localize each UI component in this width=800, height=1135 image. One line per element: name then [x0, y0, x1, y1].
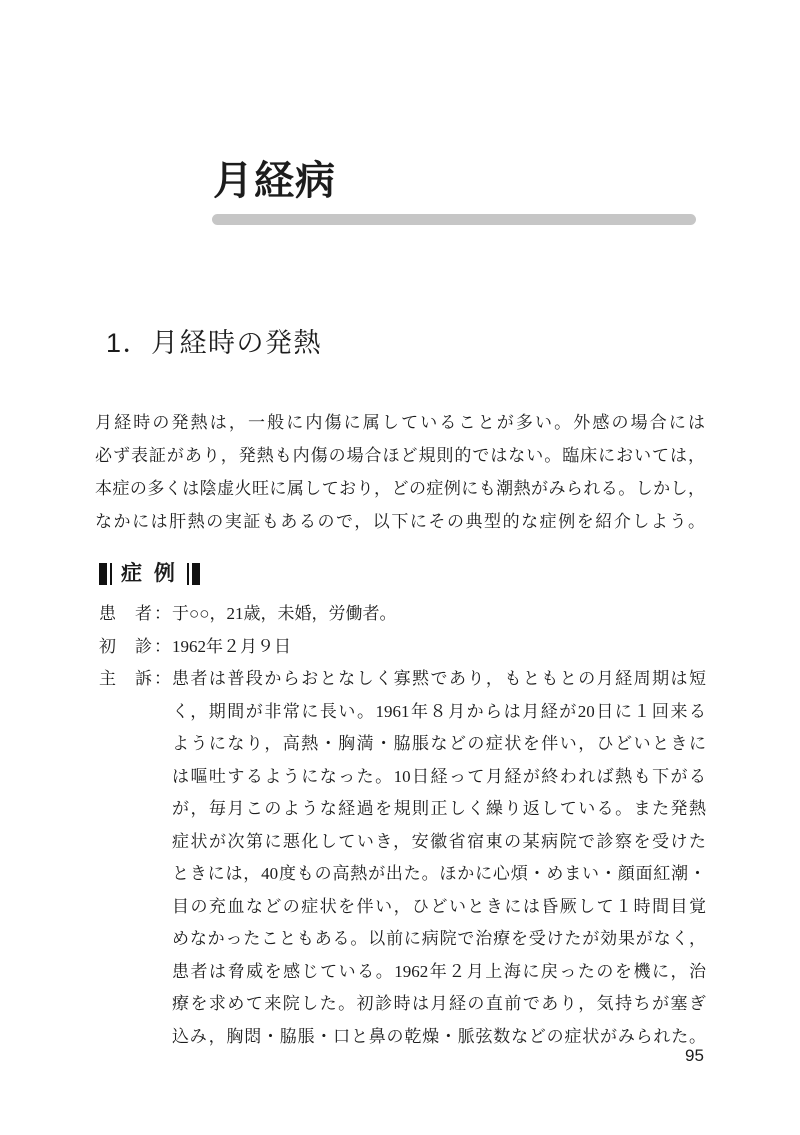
case-header-bar-right-thin	[187, 563, 189, 585]
text-line: 1962年２月９日	[172, 631, 706, 664]
case-field-patient: 患 者 ： 于○○，21歳，未婚，労働者。	[99, 598, 706, 631]
field-content: 于○○，21歳，未婚，労働者。	[172, 598, 706, 631]
field-content: 1962年２月９日	[172, 631, 706, 664]
text-line: めなかったこともある。以前に病院で治療を受けたが効果がなく，	[172, 923, 706, 956]
field-label: 患 者 ：	[99, 598, 172, 631]
book-page: 月経病 1．月経時の発熱 月経時の発熱は，一般に内傷に属していることが多い。外感…	[0, 0, 800, 1135]
text-line: 患者は脅威を感じている。1962年２月上海に戻ったのを機に，治	[172, 956, 706, 989]
text-line: 必ず表証があり，発熱も内傷の場合ほど規則的ではない。臨床においては，	[95, 439, 705, 472]
case-field-first-visit: 初 診 ： 1962年２月９日	[99, 631, 706, 664]
text-line: 本症の多くは陰虚火旺に属しており，どの症例にも潮熱がみられる。しかし，	[95, 472, 705, 505]
field-label: 初 診 ：	[99, 631, 172, 664]
text-line: は嘔吐するようになった。10日経って月経が終われば熱も下がる	[172, 761, 706, 794]
text-line: 患者は普段からおとなしく寡黙であり，もともとの月経周期は短	[172, 663, 706, 696]
field-content: 患者は普段からおとなしく寡黙であり，もともとの月経周期は短 く，期間が非常に長い…	[172, 663, 706, 1053]
case-header: 症 例	[99, 562, 706, 586]
field-label-char: 者	[135, 598, 152, 631]
text-line: 于○○，21歳，未婚，労働者。	[172, 598, 706, 631]
field-label-char: 訴	[135, 663, 152, 1053]
field-label-char: 初	[99, 631, 116, 664]
field-label-char: 診	[135, 631, 152, 664]
chapter-underline-bar	[212, 214, 696, 225]
text-line: 込み，胸悶・脇脹・口と鼻の乾燥・脈弦数などの症状がみられた。	[172, 1021, 706, 1054]
field-label-char: 患	[99, 598, 116, 631]
text-line: 目の充血などの症状を伴い，ひどいときには昏厥して１時間目覚	[172, 891, 706, 924]
text-line: が，毎月このような経過を規則正しく繰り返している。また発熱	[172, 793, 706, 826]
field-label-chars: 主 訴	[99, 663, 152, 1053]
text-line: く，期間が非常に長い。1961年８月からは月経が20日に１回来る	[172, 696, 706, 729]
page-number: 95	[685, 1046, 704, 1066]
chapter-title: 月経病	[213, 157, 336, 205]
field-label-char: 主	[99, 663, 116, 1053]
text-line: 月経時の発熱は，一般に内傷に属していることが多い。外感の場合には	[95, 406, 705, 439]
case-header-label: 症 例	[121, 562, 178, 586]
case-field-chief-complaint: 主 訴 ： 患者は普段からおとなしく寡黙であり，もともとの月経周期は短 く，期間…	[99, 663, 706, 1053]
case-fields: 患 者 ： 于○○，21歳，未婚，労働者。 初 診	[99, 598, 706, 1053]
text-line: ようになり，高熱・胸満・脇脹などの症状を伴い，ひどいときに	[172, 728, 706, 761]
text-line: 症状が次第に悪化していき，安徽省宿東の某病院で診察を受けた	[172, 826, 706, 859]
field-colon: ：	[154, 663, 171, 1053]
case-header-bar-right-thick	[192, 563, 200, 585]
field-label-chars: 初 診	[99, 631, 152, 664]
text-line: ときには，40度もの高熱が出た。ほかに心煩・めまい・顔面紅潮・	[172, 858, 706, 891]
text-line: 療を求めて来院した。初診時は月経の直前であり，気持ちが塞ぎ	[172, 988, 706, 1021]
section-heading: 1．月経時の発熱	[106, 326, 322, 361]
text-line: なかには肝熱の実証もあるので，以下にその典型的な症例を紹介しよう。	[95, 505, 705, 538]
field-colon: ：	[154, 631, 171, 664]
case-header-bar-left-thin	[110, 563, 112, 585]
field-label-chars: 患 者	[99, 598, 152, 631]
case-header-bar-left-thick	[99, 563, 107, 585]
field-label: 主 訴 ：	[99, 663, 172, 1053]
case-section: 症 例 患 者 ： 于○○，21歳，未婚，労働者。	[99, 562, 706, 1053]
field-colon: ：	[154, 598, 171, 631]
intro-paragraph: 月経時の発熱は，一般に内傷に属していることが多い。外感の場合には 必ず表証があり…	[95, 406, 705, 538]
